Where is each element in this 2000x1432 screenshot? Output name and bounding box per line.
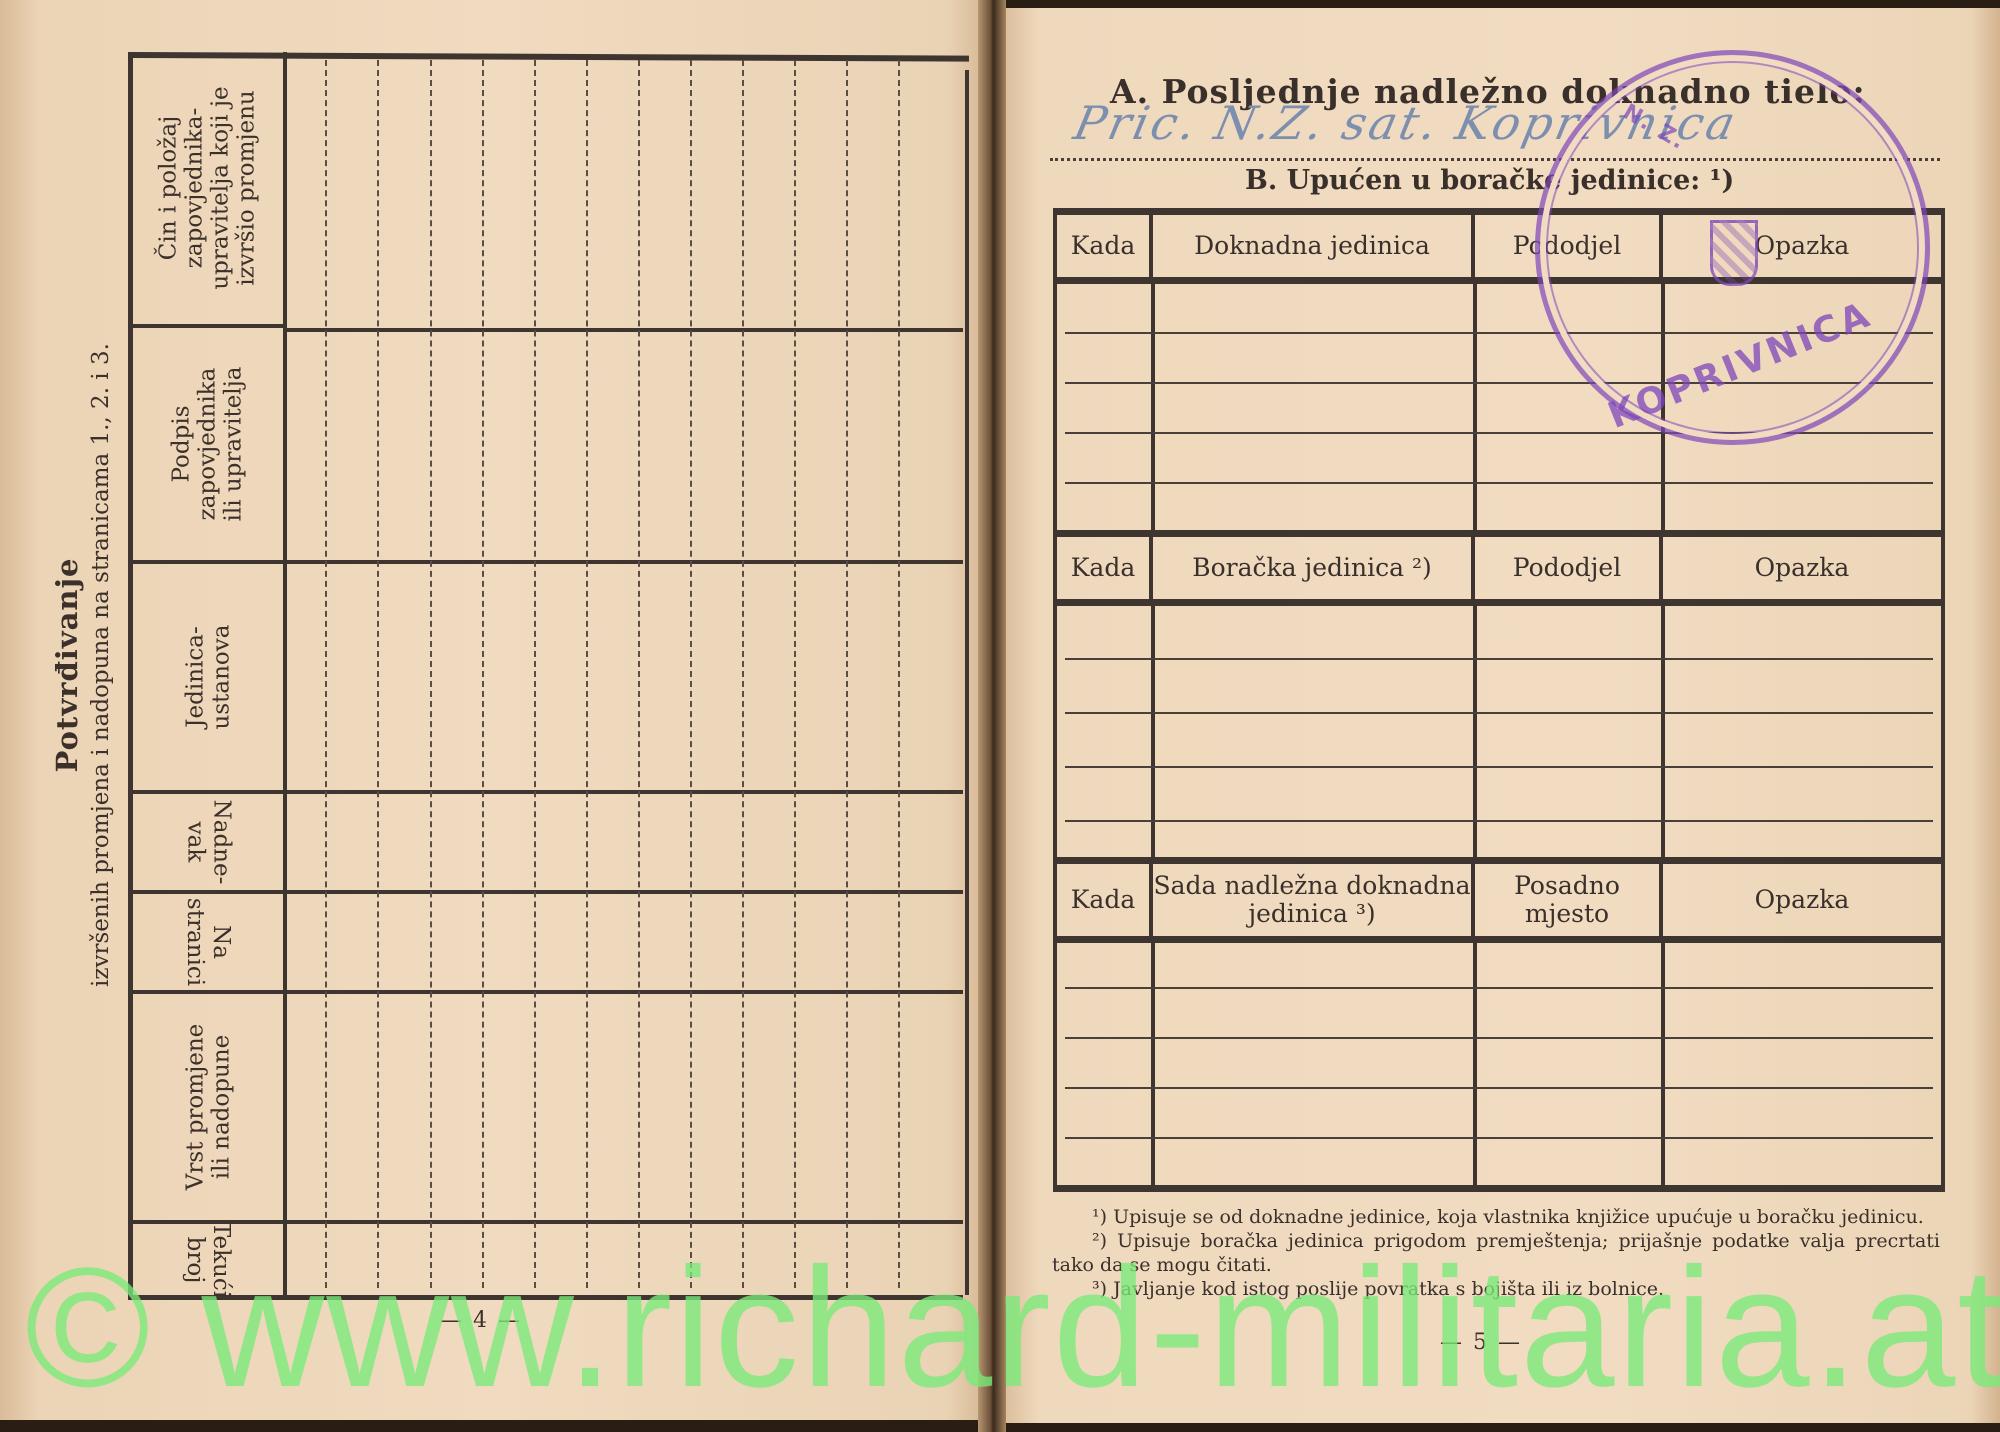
header-podpis: Podpiszapovjednikaili upravitelja: [133, 328, 283, 564]
col-sada-nadlezna: Sada nadležna doknadna jedinica ³): [1153, 864, 1475, 936]
table-row-line[interactable]: [1065, 766, 1933, 768]
footnotes: ¹) Upisuje se od doknadne jedinice, koja…: [1052, 1205, 1940, 1301]
header-vrst-promjene: Vrst promjeneili nadopune: [133, 994, 283, 1224]
left-page-number: — 4 —: [440, 1308, 522, 1333]
col-kada: Kada: [1057, 864, 1153, 936]
table-header-row: Kada Sada nadležna doknadna jedinica ³) …: [1057, 864, 1941, 936]
confirmation-table-header-column: Čin i položajzapovjednika-upravitelja ko…: [133, 52, 287, 1295]
header-tekuci-broj: Tekućibroj: [133, 1224, 283, 1295]
left-page-subtitle: izvršenih promjena i nadopuna na stranic…: [88, 255, 114, 1075]
table-row-line[interactable]: [1065, 1087, 1933, 1089]
col-kada: Kada: [1057, 537, 1153, 599]
table-row-line[interactable]: [1065, 1137, 1933, 1139]
col-posadno-mjesto: Posadno mjesto: [1475, 864, 1663, 936]
stamp-ring-text: N. Z.: [1618, 99, 1690, 155]
table-header-row: Kada Boračka jedinica ²) Pododjel Opazka: [1057, 537, 1941, 599]
header-nadnevak: Nadne-vak: [133, 794, 283, 894]
confirmation-table: Čin i položajzapovjednika-upravitelja ko…: [128, 52, 963, 1300]
left-page-title-block: Potvrđivanje izvršenih promjena i nadopu…: [50, 255, 140, 1075]
table-row-line[interactable]: [1065, 712, 1933, 714]
table-row-line[interactable]: [1065, 482, 1933, 484]
table-boracka-jedinica: Kada Boračka jedinica ²) Pododjel Opazka: [1053, 530, 1945, 860]
col-opazka: Opazka: [1663, 537, 1941, 599]
table-row-line[interactable]: [1065, 658, 1933, 660]
col-boracka-jedinica: Boračka jedinica ²): [1153, 537, 1475, 599]
col-opazka: Opazka: [1663, 864, 1941, 936]
footnote-3: ³) Javljanje kod istog poslije povratka …: [1052, 1277, 1940, 1301]
table-row-line[interactable]: [1065, 820, 1933, 822]
coat-of-arms-icon: [1710, 220, 1758, 286]
book-spine: [978, 0, 1006, 1432]
right-page-number: — 5 —: [1440, 1330, 1522, 1355]
col-doknadna-jedinica: Doknadna jedinica: [1153, 215, 1475, 277]
left-page-title: Potvrđivanje: [50, 255, 84, 1075]
table-row-line[interactable]: [1065, 987, 1933, 989]
entry-dashed-columns: [287, 60, 963, 1288]
table-sada-nadlezna: Kada Sada nadležna doknadna jedinica ³) …: [1053, 857, 1945, 1192]
stamp-city: KOPRIVNICA: [1603, 294, 1878, 437]
footnote-1: ¹) Upisuje se od doknadne jedinice, koja…: [1052, 1205, 1940, 1229]
table-row-line[interactable]: [1065, 432, 1933, 434]
header-jedinica-ustanova: Jedinica-ustanova: [133, 564, 283, 794]
header-na-stranici: Nastranici: [133, 894, 283, 994]
col-pododjel: Pododjel: [1475, 537, 1663, 599]
header-cin-polozaj: Čin i položajzapovjednika-upravitelja ko…: [133, 52, 283, 328]
table-row-line[interactable]: [1065, 1037, 1933, 1039]
official-stamp: N. Z. KOPRIVNICA: [1535, 50, 1930, 445]
col-kada: Kada: [1057, 215, 1153, 277]
footnote-2: ²) Upisuje boračka jedinica prigodom pre…: [1052, 1229, 1940, 1277]
